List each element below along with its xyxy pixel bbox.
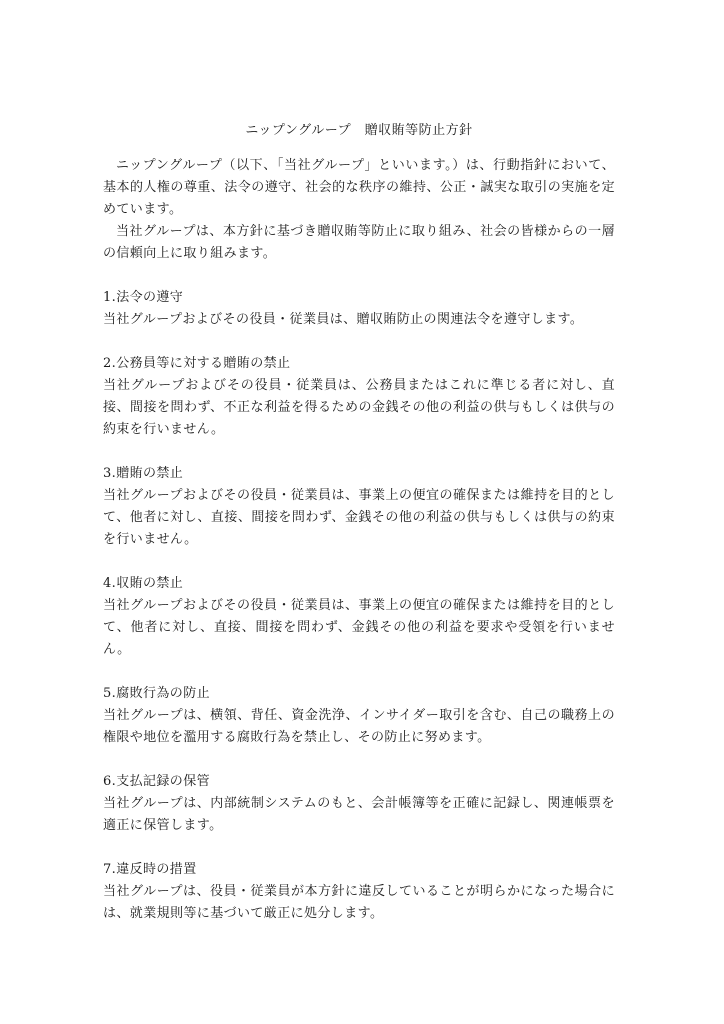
section-heading: 2.公務員等に対する贈賄の禁止 xyxy=(103,353,615,375)
document-body: ニップングループ（以下、「当社グループ」といいます。）は、行動指針において、基本… xyxy=(103,155,615,925)
section-accepting-bribes-prohibition: 4.収賄の禁止 当社グループおよびその役員・従業員は、事業上の便宜の確保または維… xyxy=(103,573,615,661)
section-bribery-prohibition: 3.贈賄の禁止 当社グループおよびその役員・従業員は、事業上の便宜の確保または維… xyxy=(103,463,615,551)
section-body: 当社グループおよびその役員・従業員は、公務員またはこれに準じる者に対し、直接、間… xyxy=(103,375,615,441)
section-body: 当社グループは、内部統制システムのもと、会計帳簿等を正確に記録し、関連帳票を適正… xyxy=(103,793,615,837)
section-payment-records: 6.支払記録の保管 当社グループは、内部統制システムのもと、会計帳簿等を正確に記… xyxy=(103,771,615,837)
section-heading: 4.収賄の禁止 xyxy=(103,573,615,595)
section-body: 当社グループは、役員・従業員が本方針に違反していることが明らかになった場合には、… xyxy=(103,881,615,925)
section-legal-compliance: 1.法令の遵守 当社グループおよびその役員・従業員は、贈収賄防止の関連法令を遵守… xyxy=(103,287,615,331)
section-heading: 7.違反時の措置 xyxy=(103,859,615,881)
intro-paragraph-1: ニップングループ（以下、「当社グループ」といいます。）は、行動指針において、基本… xyxy=(103,155,615,221)
section-corruption-prevention: 5.腐敗行為の防止 当社グループは、横領、背任、資金洗浄、インサイダー取引を含む… xyxy=(103,683,615,749)
section-body: 当社グループは、横領、背任、資金洗浄、インサイダー取引を含む、自己の職務上の権限… xyxy=(103,705,615,749)
document-title: ニップングループ 贈収賄等防止方針 xyxy=(103,121,615,141)
section-body: 当社グループおよびその役員・従業員は、事業上の便宜の確保または維持を目的として、… xyxy=(103,485,615,551)
section-heading: 6.支払記録の保管 xyxy=(103,771,615,793)
intro-paragraph-2: 当社グループは、本方針に基づき贈収賄等防止に取り組み、社会の皆様からの一層の信頼… xyxy=(103,221,615,265)
section-heading: 5.腐敗行為の防止 xyxy=(103,683,615,705)
section-body: 当社グループおよびその役員・従業員は、事業上の便宜の確保または維持を目的として、… xyxy=(103,595,615,661)
section-heading: 3.贈賄の禁止 xyxy=(103,463,615,485)
section-violation-measures: 7.違反時の措置 当社グループは、役員・従業員が本方針に違反していることが明らか… xyxy=(103,859,615,925)
section-heading: 1.法令の遵守 xyxy=(103,287,615,309)
section-public-official-bribery: 2.公務員等に対する贈賄の禁止 当社グループおよびその役員・従業員は、公務員また… xyxy=(103,353,615,441)
section-body: 当社グループおよびその役員・従業員は、贈収賄防止の関連法令を遵守します。 xyxy=(103,309,615,331)
